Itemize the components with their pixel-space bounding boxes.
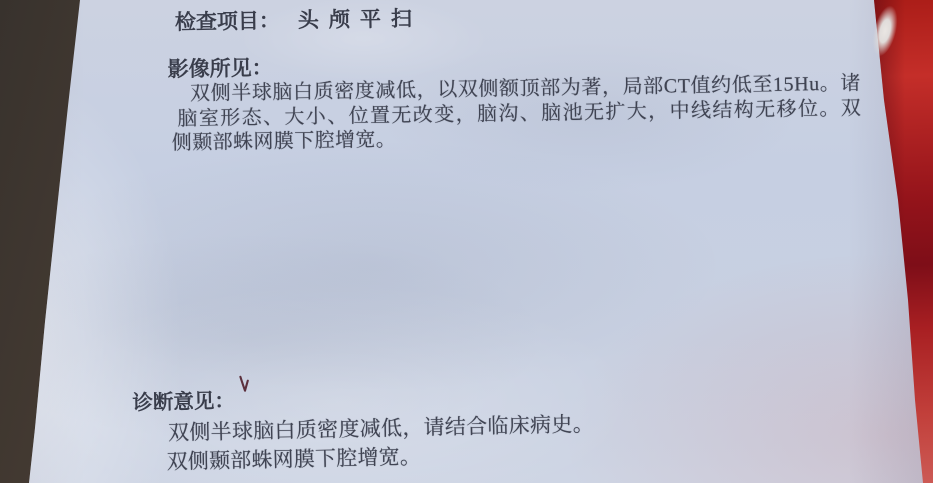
diagnosis-heading: 诊断意见：	[132, 383, 235, 415]
diagnosis-section: 诊断意见： 双侧半球脑白质密度减低，请结合临床病史。 双侧颞部蛛网膜下腔增宽。	[0, 0, 933, 483]
report-photo: 检查项目：头颅平扫 影像所见： 双侧半球脑白质密度减低，以双侧额顶部为著，局部C…	[0, 0, 933, 483]
pen-tick-mark	[237, 375, 252, 394]
diagnosis-line: 双侧颞部蛛网膜下腔增宽。	[166, 441, 421, 476]
